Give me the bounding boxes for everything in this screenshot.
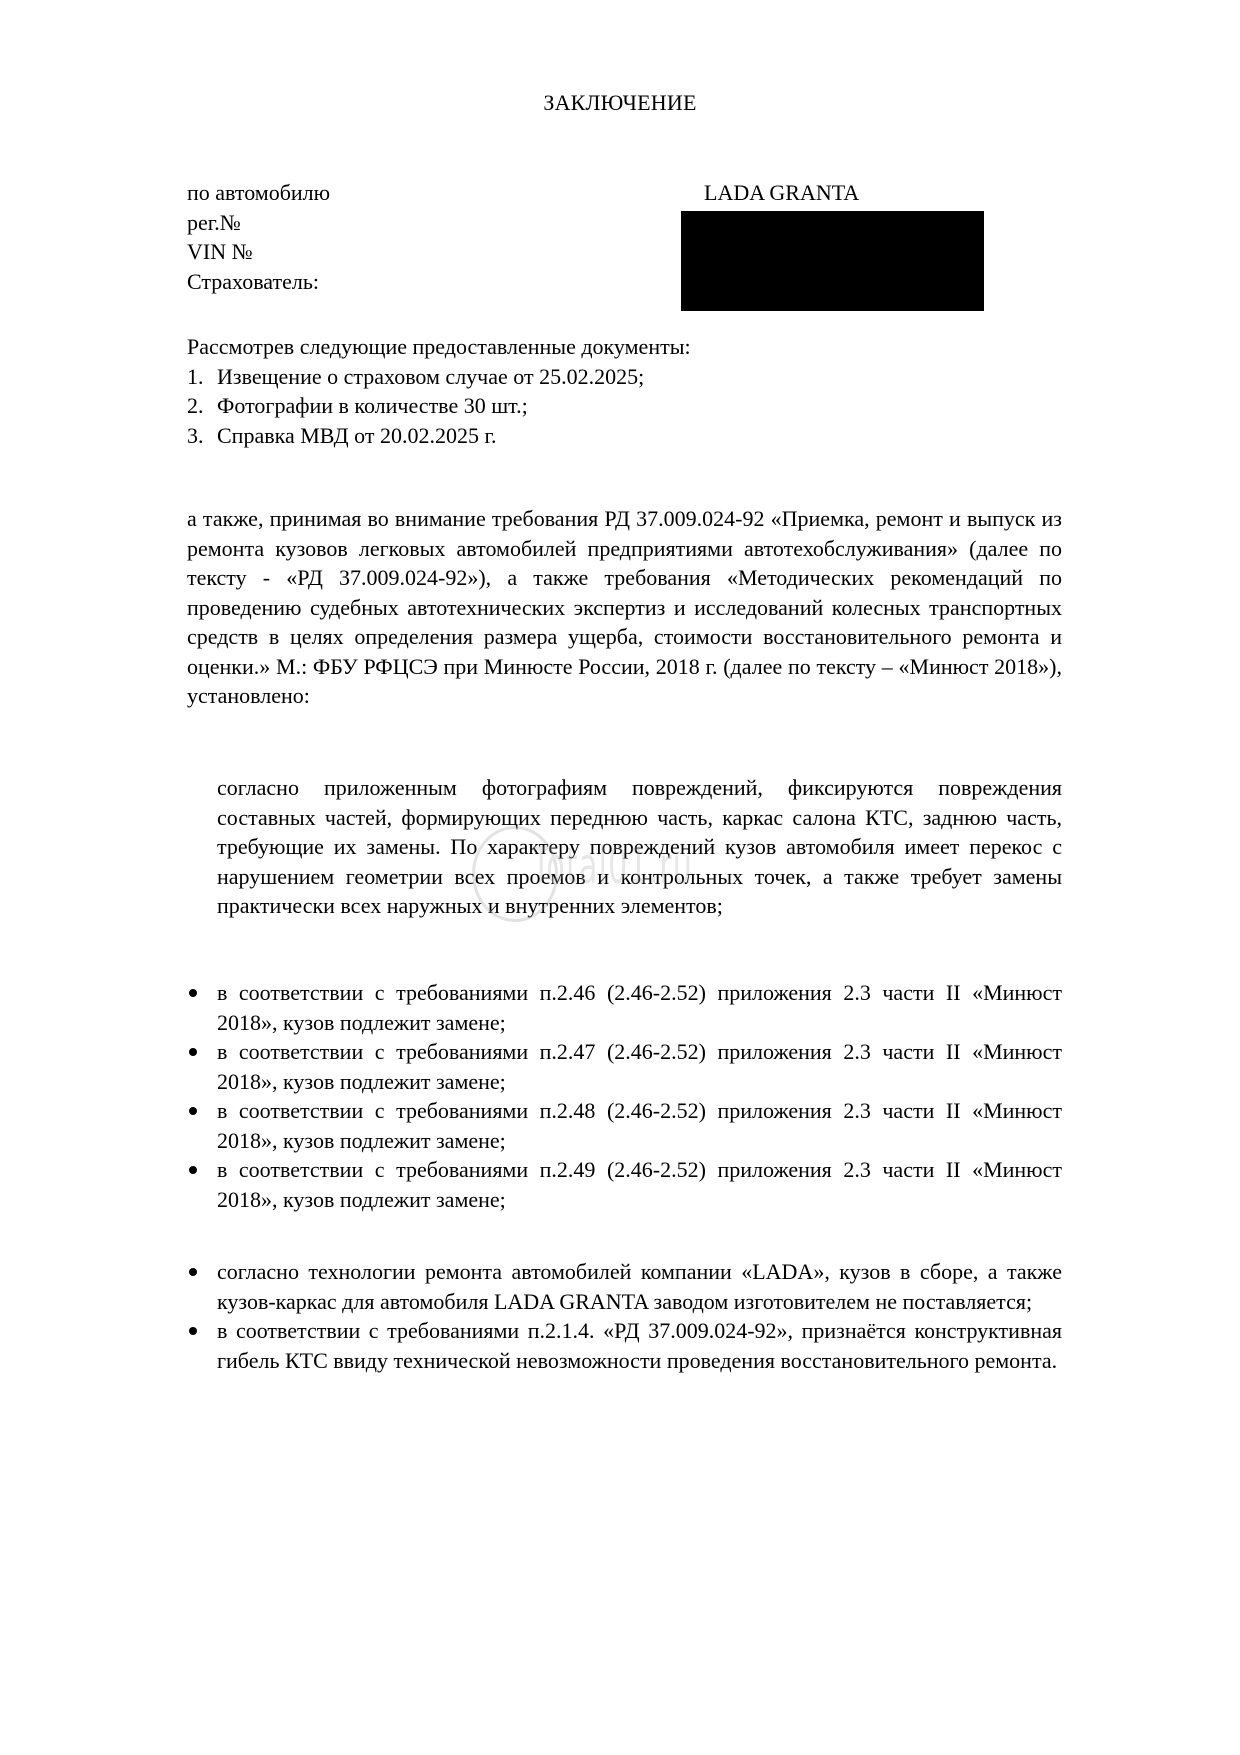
list-item: в соответствии с требованиями п.2.1.4. «… <box>187 1316 1062 1375</box>
list-item: в соответствии с требованиями п.2.48 (2.… <box>187 1096 1062 1155</box>
documents-list-item: 1. Извещение о страховом случае от 25.02… <box>187 362 1067 392</box>
conclusion-list: согласно технологии ремонта автомобилей … <box>187 1257 1062 1375</box>
list-number: 1. <box>187 362 217 392</box>
redaction-box <box>681 211 984 311</box>
list-item: согласно технологии ремонта автомобилей … <box>187 1257 1062 1316</box>
list-item: в соответствии с требованиями п.2.46 (2.… <box>187 978 1062 1037</box>
requirements-list: в соответствии с требованиями п.2.46 (2.… <box>187 978 1062 1214</box>
list-text: Извещение о страховом случае от 25.02.20… <box>217 362 644 392</box>
bullet-icon <box>189 1268 197 1276</box>
label-reg-number: рег.№ <box>187 208 330 238</box>
bullet-icon <box>189 1107 197 1115</box>
list-item-text: в соответствии с требованиями п.2.46 (2.… <box>217 980 1062 1035</box>
list-number: 2. <box>187 391 217 421</box>
list-item-text: согласно технологии ремонта автомобилей … <box>217 1259 1062 1314</box>
list-item-text: в соответствии с требованиями п.2.48 (2.… <box>217 1098 1062 1153</box>
list-item: в соответствии с требованиями п.2.49 (2.… <box>187 1155 1062 1214</box>
bullet-icon <box>189 1048 197 1056</box>
bullet-icon <box>189 1166 197 1174</box>
bullet-icon <box>189 1327 197 1335</box>
label-vehicle: по автомобилю <box>187 178 330 208</box>
list-text: Фотографии в количестве 30 шт.; <box>217 391 528 421</box>
document-page: ЗАКЛЮЧЕНИЕ по автомобилю рег.№ VIN № Стр… <box>0 0 1240 1755</box>
car-model: LADA GRANTA <box>704 178 859 208</box>
list-item: в соответствии с требованиями п.2.47 (2.… <box>187 1037 1062 1096</box>
bullet-icon <box>189 989 197 997</box>
list-item-text: в соответствии с требованиями п.2.47 (2.… <box>217 1039 1062 1094</box>
label-vin: VIN № <box>187 237 330 267</box>
list-number: 3. <box>187 421 217 451</box>
label-insured: Страхователь: <box>187 267 330 297</box>
document-title: ЗАКЛЮЧЕНИЕ <box>0 88 1240 118</box>
vehicle-header-labels: по автомобилю рег.№ VIN № Страхователь: <box>187 178 330 296</box>
list-text: Справка МВД от 20.02.2025 г. <box>217 421 497 451</box>
list-item-text: в соответствии с требованиями п.2.1.4. «… <box>217 1318 1062 1373</box>
main-paragraph: а также, принимая во внимание требования… <box>187 504 1062 711</box>
documents-list-item: 3. Справка МВД от 20.02.2025 г. <box>187 421 1067 451</box>
documents-list: 1. Извещение о страховом случае от 25.02… <box>187 362 1067 451</box>
documents-list-item: 2. Фотографии в количестве 30 шт.; <box>187 391 1067 421</box>
findings-paragraph: согласно приложенным фотографиям поврежд… <box>217 773 1062 921</box>
list-item-text: в соответствии с требованиями п.2.49 (2.… <box>217 1157 1062 1212</box>
documents-intro: Рассмотрев следующие предоставленные док… <box>187 332 1067 362</box>
documents-section: Рассмотрев следующие предоставленные док… <box>187 332 1067 450</box>
